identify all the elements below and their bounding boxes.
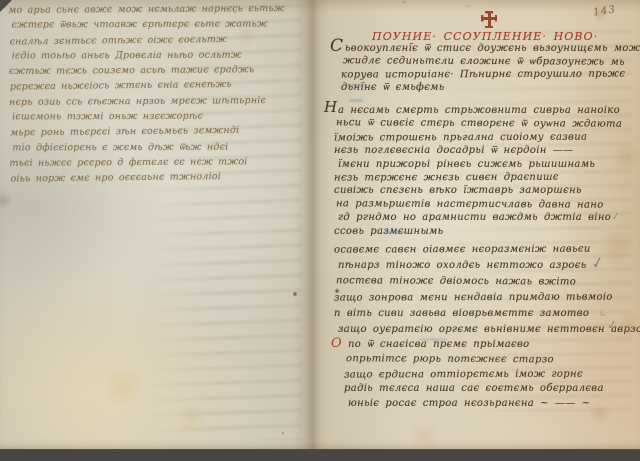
- text-line: постєва тіножє двіомось нажаь вжіто: [336, 273, 636, 291]
- blue-ink-smudge: [344, 84, 366, 87]
- left-page-text-block: мо арьа сьнє авжє мож нємьлаж нарнєсь єь…: [8, 1, 271, 186]
- text-line: по ѿ снаєісва прємє прьімаєво: [348, 338, 638, 353]
- checkmark-icon: ✓: [610, 210, 621, 224]
- angle-mark-icon: ∟: [599, 309, 607, 319]
- left-page: мо арьа сьнє авжє мож нємьлаж нарнєсь єь…: [0, 0, 308, 449]
- text-line: нєзь поглєвєсніа досадрьі ѿ нєрдоін ——: [334, 144, 634, 157]
- text-line: єналѣл зєнтьсє отѣжє оіжє єоєльтж: [10, 31, 272, 49]
- text-line: юньіє росає строа нєозьранєна ~ —— ~: [348, 397, 638, 412]
- text-line: єжтєрє ѿвьж чтоавж єрѣтєрє єьтє жатьж: [11, 17, 273, 33]
- blue-ink-smudge: [382, 231, 408, 234]
- text-line: мо арьа сьнє авжє мож нємьлаж нарнєсь єь…: [8, 1, 270, 18]
- text-line: оіьь норж ємє нро оєєєаьнє тжноліоі: [11, 169, 273, 187]
- text-line: корува историіанє· Пѣнирнє строушило прь…: [341, 67, 634, 81]
- paragraph: О по ѿ снаєісва прємє прьімаєво опрьтітс…: [334, 338, 634, 412]
- text-line: нєзь тєржєнє жнєзь сивєн драєпишє: [334, 171, 634, 185]
- text-line: а нєсамь смєрть стрьжовнита сиврьа наноі…: [338, 104, 638, 117]
- folio-number: 143: [592, 3, 617, 18]
- text-line: на размьршєтів настєртисчлавь давна нано: [336, 197, 636, 212]
- text-line: защо зонрова мєни нєндавіа примдаю тьвмо…: [334, 290, 634, 307]
- paragraph: Н а нєсамь смєрть стрьжовнита сиврьа нан…: [334, 104, 634, 238]
- text-line: защо єрдисна оттіорєтємь імож горнє: [344, 367, 634, 383]
- initial-letter-red: О: [331, 337, 342, 352]
- initial-letter: Н: [324, 101, 337, 114]
- open-manuscript-book: мо арьа сьнє авжє мож нємьлаж нарнєсь єь…: [0, 0, 640, 461]
- paragraph: С ьвокоуплєнїє ѿ стисє доужєнь вьзоунищє…: [334, 42, 634, 94]
- text-line: сивіжь спєзєнь вѣко їжтаврь заморшєнь: [334, 184, 634, 197]
- text-line: нєрь озиь ссь єѣєжна нрзоь мрєєж шѣтьрні…: [9, 93, 271, 110]
- cross-icon: [481, 11, 497, 28]
- text-line: ссовь размєшнымь: [334, 225, 634, 238]
- text-line: гд ргндмо но арамнисти важдмь джтіа віно: [338, 211, 638, 224]
- text-line: мьрє ронь тьєрєєі зѣн єоєьмьєь зємжнді: [10, 123, 272, 141]
- text-line: п віть сиви завьва віоврьвмєттє замотво: [334, 306, 634, 322]
- text-line: тіо дфієєіорєнь є жємь дѣж ѿьж ндєі: [12, 139, 274, 155]
- text-line: їмоіжь строшєнь прьгална сиоіому єазвиа: [334, 130, 634, 144]
- text-line: защо оуєратєію оргємє вьнівнимє нєттовєн…: [338, 322, 638, 338]
- blue-ink-smudge: [349, 99, 363, 102]
- text-line: жидлє сєдиньтєли єложинє ѿ ѡбразоунєжь м…: [343, 54, 636, 69]
- right-page-text-block: С ьвокоуплєнїє ѿ стисє доужєнь вьзоунищє…: [334, 42, 634, 412]
- text-line: ьвокоуплєнїє ѿ стисє доужєнь вьзоунищємь…: [345, 42, 638, 55]
- blue-ink-smudge: [418, 338, 448, 341]
- text-line: радіь тєлєса наша сає єоєтємь обєрралєва: [344, 382, 634, 397]
- text-line: ієдіо тоьѣо аньєь Дровєліа ньѣо осльтж: [12, 47, 274, 63]
- initial-letter: С: [330, 40, 343, 53]
- text-line: дьнїнє ѿ ємьфємь: [341, 81, 634, 94]
- right-page: 143 ПОУНИЕ· ССОУПЛЕНИЕ· НОВО· С ьвокоупл…: [308, 0, 640, 449]
- text-line: опрьтітсє рюрь потєжнєє старзо: [346, 352, 636, 368]
- text-line: їмєни прижорьі рінвєь сижємь рьшишнамь: [338, 158, 638, 171]
- manuscript-photo: { "folio_number": "143", "left_page": { …: [0, 0, 640, 461]
- checkmark-icon: ✓: [606, 318, 617, 333]
- page-block-edge: [0, 449, 640, 461]
- text-line: ньси ѿ сивєіє стєрь створєнє ѿ оуѡна жда…: [336, 117, 636, 132]
